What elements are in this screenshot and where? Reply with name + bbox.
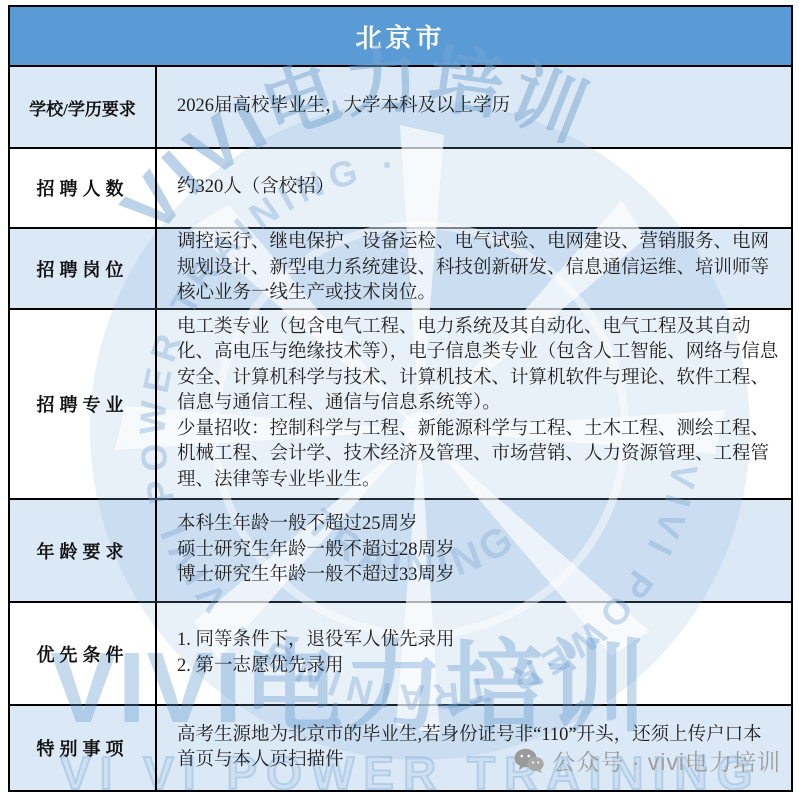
table-row: 招聘人数 约320人（含校招）: [10, 147, 791, 227]
row-content: 2026届高校毕业生，大学本科及以上学历: [157, 67, 791, 147]
content-paragraph: 约320人（含校招）: [177, 175, 779, 201]
content-paragraph: 本科生年龄一般不超过25周岁: [177, 512, 779, 538]
row-content: 1. 同等条件下，退役军人优先录用2. 第一志愿优先录用: [157, 603, 791, 704]
city-title: 北京市: [355, 18, 445, 55]
table-row: 招聘专业 电工类专业（包含电气工程、电力系统及其自动化、电气工程及其自动化、高电…: [10, 308, 791, 498]
content-paragraph: 2026届高校毕业生，大学本科及以上学历: [177, 94, 779, 120]
row-label: 优先条件: [10, 603, 157, 704]
row-content: 本科生年龄一般不超过25周岁硕士研究生年龄一般不超过28周岁博士研究生年龄一般不…: [157, 500, 791, 601]
table-row: 学校/学历要求 2026届高校毕业生，大学本科及以上学历: [10, 65, 791, 147]
wechat-icon: [514, 748, 544, 774]
table-row: 招聘岗位 调控运行、继电保护、设备运检、电气试验、电网建设、营销服务、电网规划设…: [10, 227, 791, 308]
page: VIVI电力培训 VIVI POWER TRAINING · VIVI POWE…: [0, 0, 799, 792]
table-title: 北京市: [10, 7, 791, 65]
content-paragraph: 少量招收：控制科学与工程、新能源科学与工程、土木工程、测绘工程、机械工程、会计学…: [177, 417, 779, 494]
row-label: 招聘岗位: [10, 229, 157, 308]
content-paragraph: 博士研究生年龄一般不超过33周岁: [177, 563, 779, 589]
content-paragraph: 硕士研究生年龄一般不超过28周岁: [177, 538, 779, 564]
row-label: 年龄要求: [10, 500, 157, 601]
row-label: 学校/学历要求: [10, 67, 157, 147]
content-paragraph: 1. 同等条件下，退役军人优先录用: [177, 628, 779, 654]
table-row: 优先条件 1. 同等条件下，退役军人优先录用2. 第一志愿优先录用: [10, 601, 791, 704]
row-content: 电工类专业（包含电气工程、电力系统及其自动化、电气工程及其自动化、高电压与绝缘技…: [157, 310, 791, 498]
wechat-account-label: 公众号 · vivi电力培训: [552, 744, 781, 777]
row-content: 约320人（含校招）: [157, 149, 791, 227]
content-paragraph: 调控运行、继电保护、设备运检、电气试验、电网建设、营销服务、电网规划设计、新型电…: [177, 230, 779, 307]
wechat-footer: 公众号 · vivi电力培训: [514, 744, 781, 777]
row-content: 调控运行、继电保护、设备运检、电气试验、电网建设、营销服务、电网规划设计、新型电…: [157, 229, 791, 308]
row-label: 特别事项: [10, 706, 157, 790]
content-paragraph: 2. 第一志愿优先录用: [177, 654, 779, 680]
row-label: 招聘人数: [10, 149, 157, 227]
recruitment-info-table: 北京市 学校/学历要求 2026届高校毕业生，大学本科及以上学历 招聘人数 约3…: [8, 5, 793, 792]
row-label: 招聘专业: [10, 310, 157, 498]
content-paragraph: 电工类专业（包含电气工程、电力系统及其自动化、电气工程及其自动化、高电压与绝缘技…: [177, 315, 779, 417]
table-body: 学校/学历要求 2026届高校毕业生，大学本科及以上学历 招聘人数 约320人（…: [10, 65, 791, 790]
table-row: 年龄要求 本科生年龄一般不超过25周岁硕士研究生年龄一般不超过28周岁博士研究生…: [10, 498, 791, 601]
